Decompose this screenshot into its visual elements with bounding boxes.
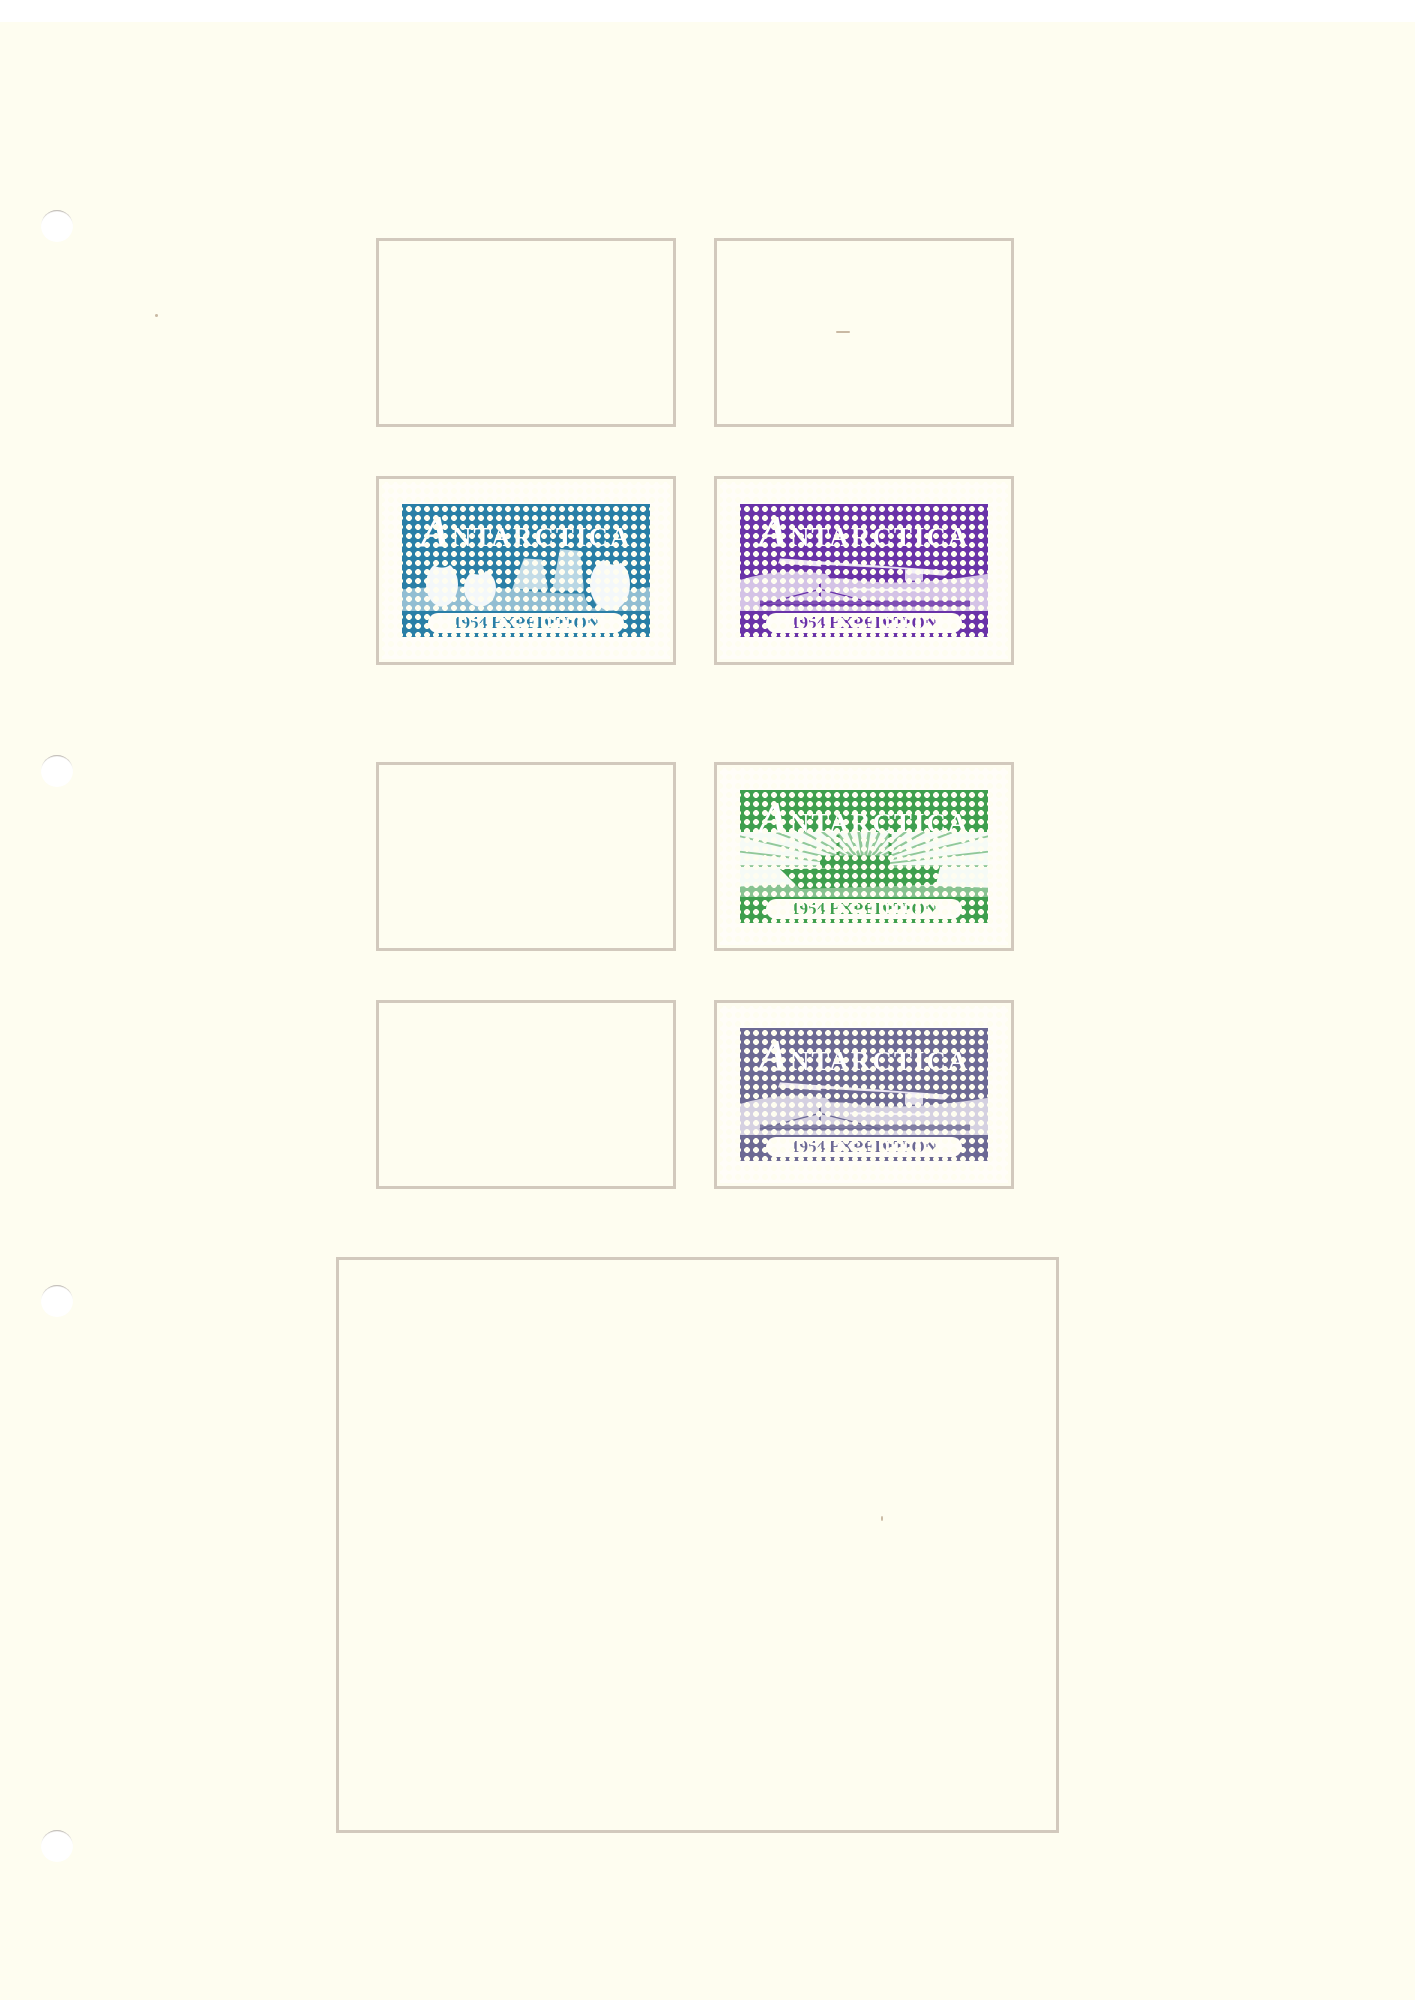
binder-hole xyxy=(41,1830,73,1862)
stamp-title: ANTARCTICA xyxy=(740,1030,988,1081)
stamp-mount-filled[interactable]: ANTARCTICA 1954 EXPEDITION xyxy=(714,476,1014,665)
stamp-mount-filled[interactable]: ANTARCTICA 1954 EXPEDITION xyxy=(714,762,1014,951)
stamp-title-initial: A xyxy=(421,507,452,556)
stamp-design: ANTARCTICA 1954 EXPEDITION xyxy=(402,504,650,637)
stamp-title-rest: NTARCTICA xyxy=(790,522,970,552)
binder-hole xyxy=(41,210,73,242)
paper-speck xyxy=(155,314,158,317)
binder-hole xyxy=(41,1285,73,1317)
stamp-plane-purple[interactable]: ANTARCTICA 1954 EXPEDITION xyxy=(720,482,1008,659)
stamp-title-initial: A xyxy=(759,793,790,842)
stamp-design: ANTARCTICA 1954 EXPEDITION xyxy=(740,790,988,923)
stamp-caption: 1954 EXPEDITION xyxy=(428,613,624,633)
stamp-title-initial: A xyxy=(759,1031,790,1080)
large-mount-empty[interactable] xyxy=(336,1257,1059,1833)
stamp-title-initial: A xyxy=(759,507,790,556)
stamp-title-rest: NTARCTICA xyxy=(790,1046,970,1076)
stamp-title-rest: NTARCTICA xyxy=(790,808,970,838)
stamp-mount-empty[interactable] xyxy=(376,1000,676,1189)
stamp-mount-empty[interactable] xyxy=(376,762,676,951)
binder-hole xyxy=(41,755,73,787)
stamp-mount-empty[interactable] xyxy=(714,238,1014,427)
album-page: ANTARCTICA 1954 EXPEDITION ANTARCTICA 19… xyxy=(0,22,1415,2000)
stamp-mount-empty[interactable] xyxy=(376,238,676,427)
stamp-caption: 1954 EXPEDITION xyxy=(766,613,962,633)
stamp-design: ANTARCTICA 1954 EXPEDITION xyxy=(740,504,988,637)
stamp-title: ANTARCTICA xyxy=(740,792,988,843)
paper-speck xyxy=(836,331,850,333)
paper-speck xyxy=(881,1516,883,1521)
stamp-penguins[interactable]: ANTARCTICA 1954 EXPEDITION xyxy=(382,482,670,659)
stamp-plane-grey[interactable]: ANTARCTICA 1954 EXPEDITION xyxy=(720,1006,1008,1183)
stamp-ship-green[interactable]: ANTARCTICA 1954 EXPEDITION xyxy=(720,768,1008,945)
stamp-title: ANTARCTICA xyxy=(740,506,988,557)
stamp-mount-filled[interactable]: ANTARCTICA 1954 EXPEDITION xyxy=(714,1000,1014,1189)
stamp-mount-filled[interactable]: ANTARCTICA 1954 EXPEDITION xyxy=(376,476,676,665)
stamp-caption: 1954 EXPEDITION xyxy=(766,899,962,919)
stamp-title-rest: NTARCTICA xyxy=(452,522,632,552)
stamp-title: ANTARCTICA xyxy=(402,506,650,557)
stamp-design: ANTARCTICA 1954 EXPEDITION xyxy=(740,1028,988,1161)
stamp-caption: 1954 EXPEDITION xyxy=(766,1137,962,1157)
